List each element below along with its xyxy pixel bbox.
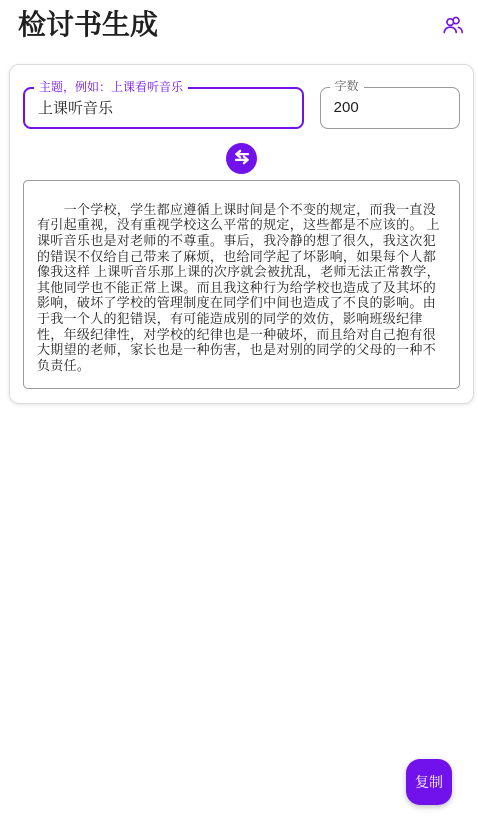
word-count-field-label: 字数 (330, 79, 364, 95)
users-icon (442, 14, 464, 36)
output-box: 一个学校，学生都应遵循上课时间是个不变的规定，而我一直没有引起重视，没有重视学校… (23, 180, 460, 390)
topic-field[interactable]: 主题，例如：上课看听音乐 (23, 87, 304, 129)
app-page: 检讨书生成 主题，例如：上课看听音乐 字数 (0, 0, 478, 404)
page-title: 检讨书生成 (18, 10, 158, 41)
generator-card: 主题，例如：上课看听音乐 字数 一个学校，学生都应遵循上课时间是个不变的规定，而… (9, 64, 474, 405)
swap-horizontal-arrows-icon (233, 148, 251, 169)
header: 检讨书生成 (0, 0, 478, 41)
topic-field-label: 主题，例如：上课看听音乐 (34, 80, 188, 96)
output-text: 一个学校，学生都应遵循上课时间是个不变的规定，而我一直没有引起重视，没有重视学校… (37, 202, 446, 374)
copy-button[interactable]: 复制 (406, 759, 452, 805)
generate-button[interactable] (226, 143, 257, 174)
input-row: 主题，例如：上课看听音乐 字数 (23, 87, 460, 129)
word-count-field[interactable]: 字数 (320, 87, 460, 129)
users-button[interactable] (440, 12, 466, 38)
